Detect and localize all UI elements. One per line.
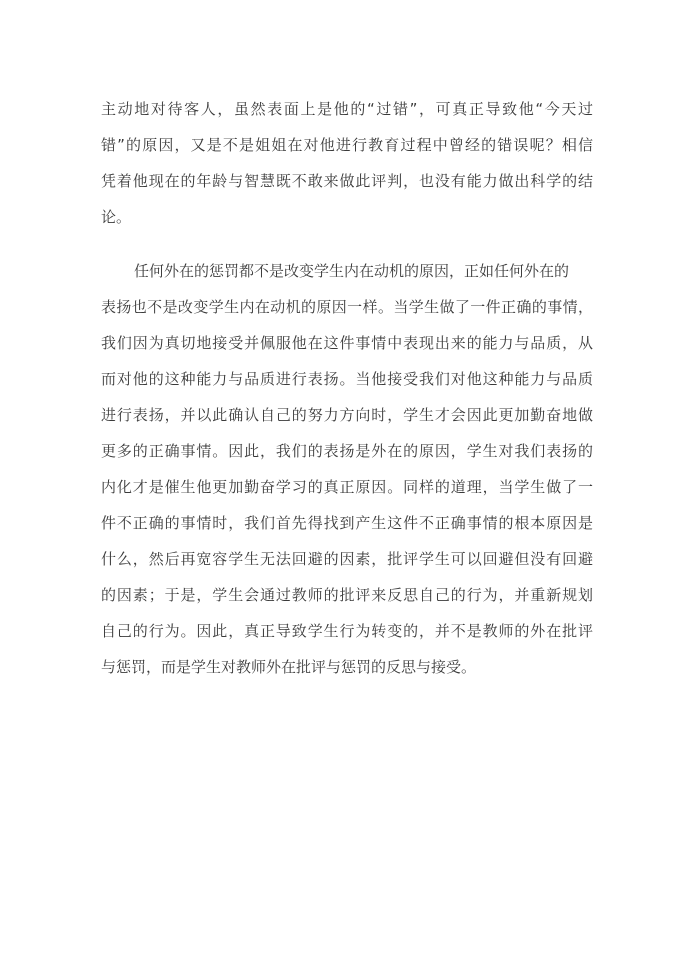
text-line: 任何外在的惩罚都不是改变学生内在动机的原因，正如任何外在的 — [101, 253, 593, 289]
text-line: 错”的原因，又是不是姐姐在对他进行教育过程中曾经的错误呢？相信 — [101, 127, 593, 163]
text-line: 论。 — [101, 199, 593, 235]
text-line: 什么，然后再宽容学生无法回避的因素，批评学生可以回避但没有回避 — [101, 541, 593, 577]
paragraph-2: 任何外在的惩罚都不是改变学生内在动机的原因，正如任何外在的 表扬也不是改变学生内… — [101, 253, 593, 685]
text-line: 内化才是催生他更加勤奋学习的真正原因。同样的道理，当学生做了一 — [101, 469, 593, 505]
text-line: 凭着他现在的年龄与智慧既不敢来做此评判，也没有能力做出科学的结 — [101, 163, 593, 199]
text-line: 主动地对待客人，虽然表面上是他的“过错”，可真正导致他“今天过 — [101, 91, 593, 127]
document-page: 主动地对待客人，虽然表面上是他的“过错”，可真正导致他“今天过 错”的原因，又是… — [0, 0, 690, 976]
text-line: 与惩罚，而是学生对教师外在批评与惩罚的反思与接受。 — [101, 649, 593, 685]
text-line: 进行表扬，并以此确认自己的努力方向时，学生才会因此更加勤奋地做 — [101, 397, 593, 433]
paragraph-1: 主动地对待客人，虽然表面上是他的“过错”，可真正导致他“今天过 错”的原因，又是… — [101, 91, 593, 235]
text-line: 而对他的这种能力与品质进行表扬。当他接受我们对他这种能力与品质 — [101, 361, 593, 397]
text-line: 的因素；于是，学生会通过教师的批评来反思自己的行为，并重新规划 — [101, 577, 593, 613]
text-line: 更多的正确事情。因此，我们的表扬是外在的原因，学生对我们表扬的 — [101, 433, 593, 469]
text-line: 件不正确的事情时，我们首先得找到产生这件不正确事情的根本原因是 — [101, 505, 593, 541]
text-line: 表扬也不是改变学生内在动机的原因一样。当学生做了一件正确的事情， — [101, 289, 593, 325]
text-line: 我们因为真切地接受并佩服他在这件事情中表现出来的能力与品质，从 — [101, 325, 593, 361]
text-line: 自己的行为。因此，真正导致学生行为转变的，并不是教师的外在批评 — [101, 613, 593, 649]
